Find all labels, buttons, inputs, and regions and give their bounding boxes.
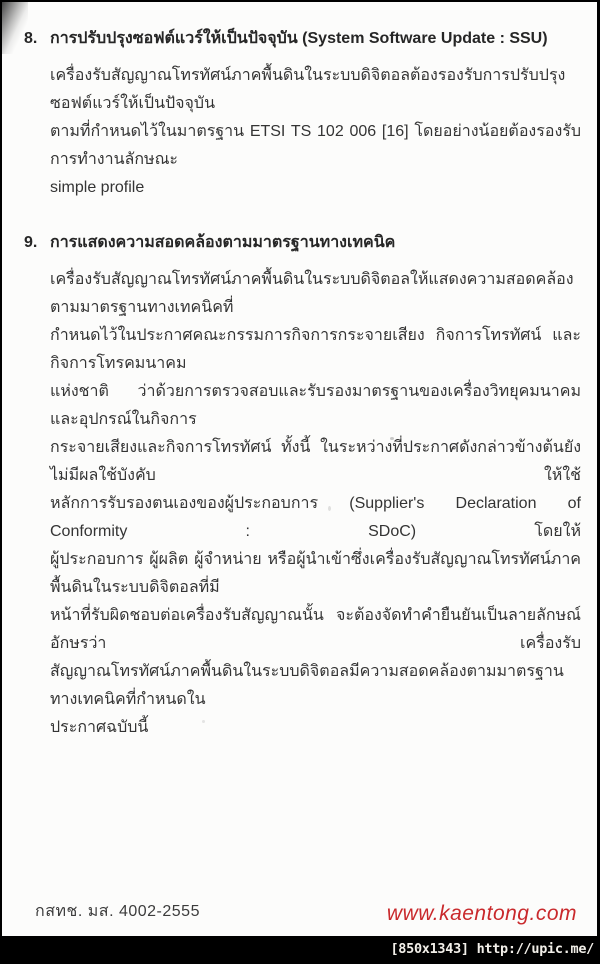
section-paragraph: เครื่องรับสัญญาณโทรทัศน์ภาคพื้นดินในระบบ… xyxy=(50,266,581,742)
image-host-caption-bar: [850x1343] http://upic.me/ xyxy=(0,936,600,964)
section-title-text: การแสดงความสอดคล้องตามมาตรฐานทางเทคนิค xyxy=(50,234,395,251)
section-title: 9.การแสดงความสอดคล้องตามมาตรฐานทางเทคนิค xyxy=(22,232,581,254)
section-number: 9. xyxy=(24,232,37,254)
watermark-url: www.kaentong.com xyxy=(387,902,577,926)
paragraph-line: ตามที่กำหนดไว้ในมาตรฐาน ETSI TS 102 006 … xyxy=(50,118,581,174)
paragraph-line: เครื่องรับสัญญาณโทรทัศน์ภาคพื้นดินในระบบ… xyxy=(50,62,581,118)
document-section-9: 9.การแสดงความสอดคล้องตามมาตรฐานทางเทคนิค… xyxy=(22,232,581,742)
image-host-caption-text: [850x1343] http://upic.me/ xyxy=(390,941,594,957)
page-footer: กสทช. มส. 4002-2555 www.kaentong.com xyxy=(2,898,597,926)
paragraph-line: สัญญาณโทรทัศน์ภาคพื้นดินในระบบดิจิตอลมีค… xyxy=(50,658,581,714)
paragraph-line: ผู้ประกอบการ ผู้ผลิต ผู้จำหน่าย หรือผู้น… xyxy=(50,546,581,602)
paragraph-line: แห่งชาติ ว่าด้วยการตรวจสอบและรับรองมาตรฐ… xyxy=(50,378,581,434)
paragraph-line: หน้าที่รับผิดชอบต่อเครื่องรับสัญญาณนั้น … xyxy=(50,602,581,658)
paragraph-line: เครื่องรับสัญญาณโทรทัศน์ภาคพื้นดินในระบบ… xyxy=(50,266,581,322)
paragraph-line: กระจายเสียงและกิจการโทรทัศน์ ทั้งนี้ ในร… xyxy=(50,434,581,490)
paragraph-line: ประกาศฉบับนี้ xyxy=(50,714,581,742)
document-body: 8.การปรับปรุงซอฟต์แวร์ให้เป็นปัจจุบัน (S… xyxy=(22,28,581,742)
section-title-text: การปรับปรุงซอฟต์แวร์ให้เป็นปัจจุบัน (Sys… xyxy=(50,30,548,47)
paragraph-line: หลักการรับรองตนเองของผู้ประกอบการ (Suppl… xyxy=(50,490,581,546)
paragraph-line: กำหนดไว้ในประกาศคณะกรรมการกิจการกระจายเส… xyxy=(50,322,581,378)
section-paragraph: เครื่องรับสัญญาณโทรทัศน์ภาคพื้นดินในระบบ… xyxy=(50,62,581,202)
document-reference-code: กสทช. มส. 4002-2555 xyxy=(35,899,200,924)
document-page: 8.การปรับปรุงซอฟต์แวร์ให้เป็นปัจจุบัน (S… xyxy=(2,2,597,936)
section-title: 8.การปรับปรุงซอฟต์แวร์ให้เป็นปัจจุบัน (S… xyxy=(22,28,581,50)
scanned-document-screenshot: { "page": { "sections": [ { "number": "8… xyxy=(0,0,600,964)
section-number: 8. xyxy=(24,28,37,50)
document-section-8: 8.การปรับปรุงซอฟต์แวร์ให้เป็นปัจจุบัน (S… xyxy=(22,28,581,202)
paragraph-line: simple profile xyxy=(50,174,581,202)
